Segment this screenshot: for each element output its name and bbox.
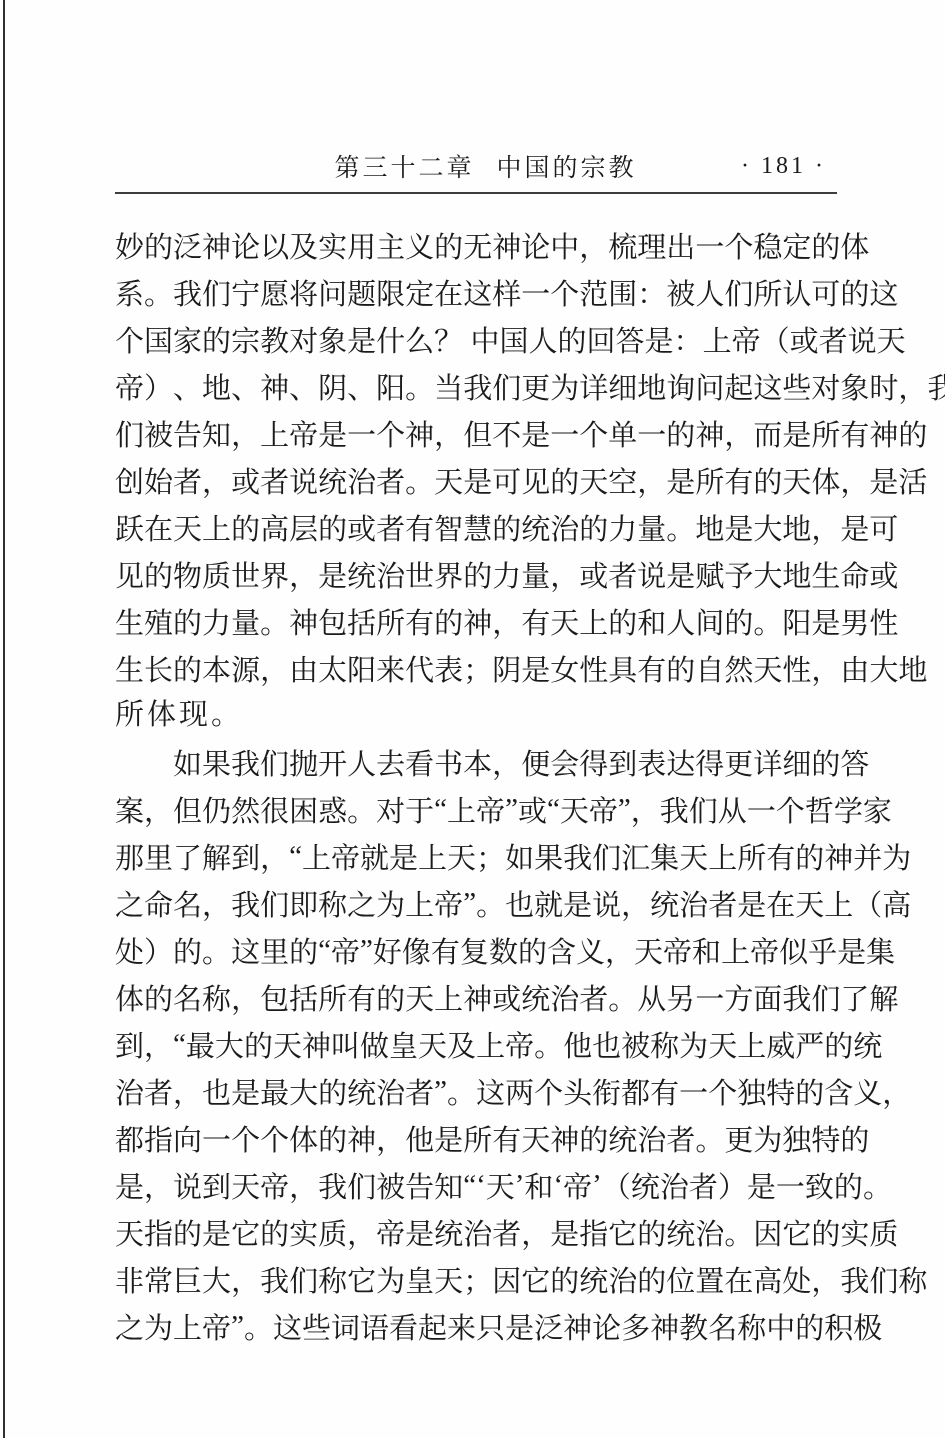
text-line: 到，“最大的天神叫做皇天及上帝。他也被称为天上威严的统 <box>115 1021 856 1068</box>
text-line: 系。我们宁愿将问题限定在这样一个范围：被人们所认可的这 <box>115 269 856 316</box>
text-line: 治者，也是最大的统治者”。这两个头衔都有一个独特的含义， <box>115 1068 856 1115</box>
text-line: 处）的。这里的“帝”好像有复数的含义，天帝和上帝似乎是集 <box>115 927 856 974</box>
scan-edge-line <box>3 0 5 1438</box>
text-line: 个国家的宗教对象是什么？ 中国人的回答是：上帝（或者说天 <box>115 316 856 363</box>
text-line: 体的名称，包括所有的天上神或统治者。从另一方面我们了解 <box>115 974 856 1021</box>
text-line: 是，说到天帝，我们被告知“‘天’和‘帝’（统治者）是一致的。 <box>115 1162 856 1209</box>
text-line: 们被告知，上帝是一个神，但不是一个单一的神，而是所有神的 <box>115 410 856 457</box>
book-page-scan: 第三十二章 中国的宗教 · 181 · 妙的泛神论以及实用主义的无神论中，梳理出… <box>0 0 945 1438</box>
chapter-title: 中国的宗教 <box>497 148 637 184</box>
text-line: 生长的本源，由太阳来代表；阴是女性具有的自然天性，由大地 <box>115 645 856 692</box>
text-line: 生殖的力量。神包括所有的神，有天上的和人间的。阳是男性 <box>115 598 856 645</box>
text-line: 之为上帝”。这些词语看起来只是泛神论多神教名称中的积极 <box>115 1303 856 1350</box>
text-line: 天指的是它的实质，帝是统治者，是指它的统治。因它的实质 <box>115 1209 856 1256</box>
text-line: 见的物质世界，是统治世界的力量，或者说是赋予大地生命或 <box>115 551 856 598</box>
text-line: 案，但仍然很困惑。对于“上帝”或“天帝”，我们从一个哲学家 <box>115 786 856 833</box>
page-number: · 181 · <box>741 144 826 188</box>
text-line: 帝）、地、神、阴、阳。当我们更为详细地询问起这些对象时，我 <box>115 363 856 410</box>
text-line: 妙的泛神论以及实用主义的无神论中，梳理出一个稳定的体 <box>115 222 856 269</box>
body-text: 妙的泛神论以及实用主义的无神论中，梳理出一个稳定的体 系。我们宁愿将问题限定在这… <box>115 222 856 1350</box>
header-rule <box>115 192 837 194</box>
text-line: 所体现。 <box>115 692 856 739</box>
chapter-number: 第三十二章 <box>334 148 474 184</box>
text-line: 之命名，我们即称之为上帝”。也就是说，统治者是在天上（高 <box>115 880 856 927</box>
text-line: 非常巨大，我们称它为皇天；因它的统治的位置在高处，我们称 <box>115 1256 856 1303</box>
text-line: 那里了解到，“上帝就是上天；如果我们汇集天上所有的神并为 <box>115 833 856 880</box>
text-line: 创始者，或者说统治者。天是可见的天空，是所有的天体，是活 <box>115 457 856 504</box>
text-line: 都指向一个个体的神，他是所有天神的统治者。更为独特的 <box>115 1115 856 1162</box>
running-header: 第三十二章 中国的宗教 · 181 · <box>115 144 856 188</box>
text-line: 如果我们抛开人去看书本，便会得到表达得更详细的答 <box>115 739 856 786</box>
text-line: 跃在天上的高层的或者有智慧的统治的力量。地是大地，是可 <box>115 504 856 551</box>
